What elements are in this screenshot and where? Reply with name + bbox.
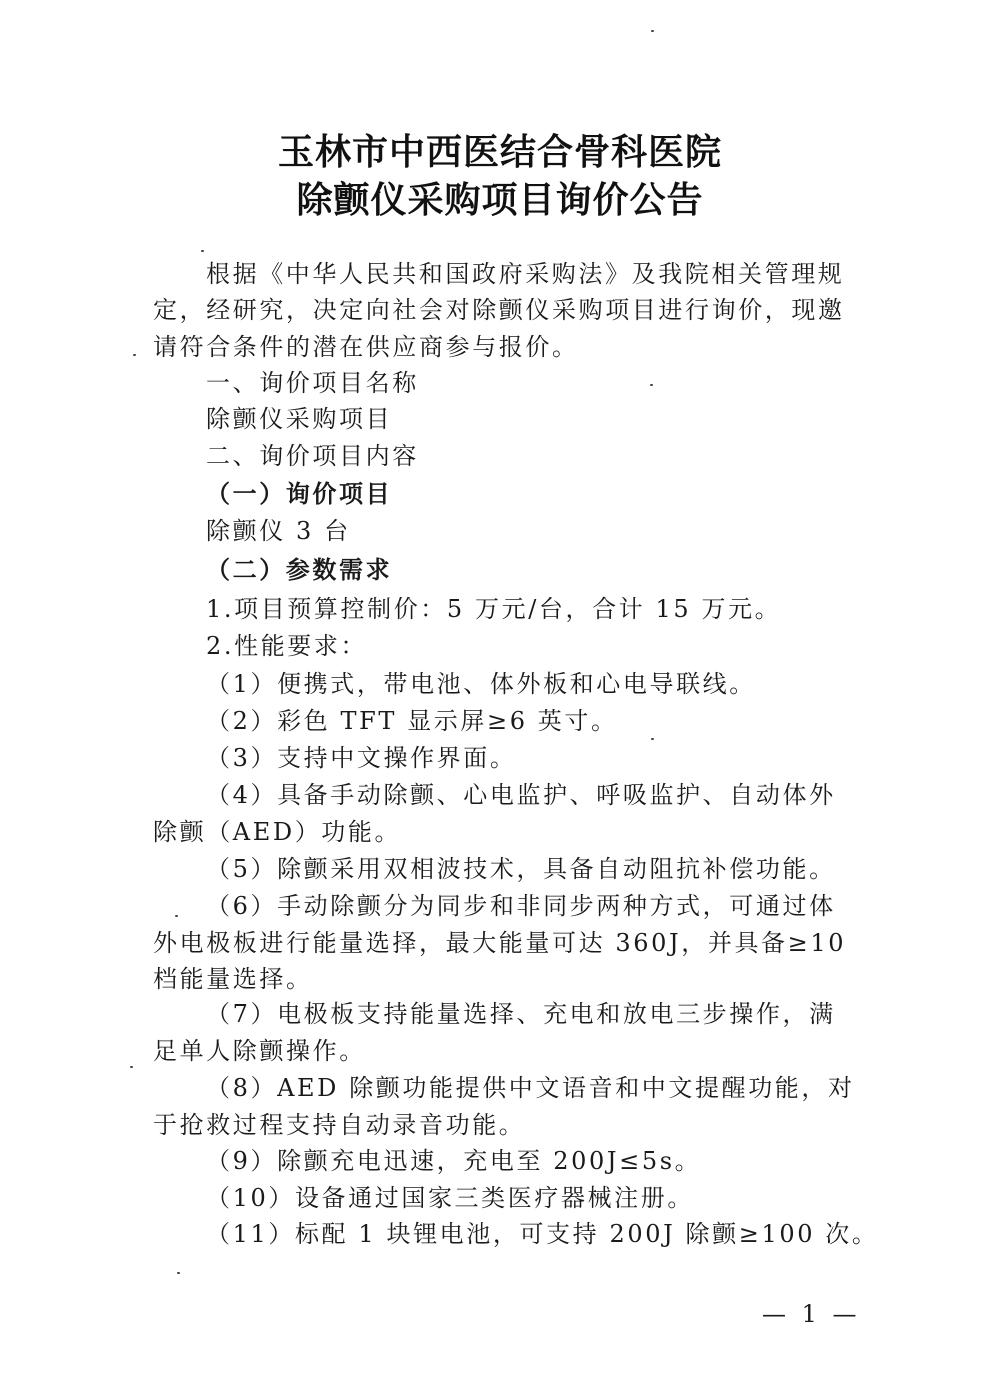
requirement-8-line2: 于抢救过程支持自动录音功能。 [153, 1110, 525, 1140]
section1-heading: 一、询价项目名称 [206, 368, 419, 398]
requirement-5: （5）除颤采用双相波技术，具备自动阻抗补偿功能。 [206, 854, 836, 884]
budget-line: 1.项目预算控制价：5 万元/台，合计 15 万元。 [206, 594, 781, 624]
intro-line-2: 定，经研究，决定向社会对除颤仪采购项目进行询价，现邀 [153, 295, 845, 325]
requirement-3: （3）支持中文操作界面。 [206, 743, 516, 773]
requirement-6-line2: 外电极板进行能量选择，最大能量可达 360J，并具备≥10 [153, 928, 846, 958]
scan-speck [130, 1066, 133, 1068]
sub2-heading: （二）参数需求 [206, 555, 392, 585]
requirement-10: （10）设备通过国家三类医疗器械注册。 [206, 1183, 694, 1213]
requirement-4-line1: （4）具备手动除颤、心电监护、呼吸监护、自动体外 [206, 780, 836, 810]
sub1-body: 除颤仪 3 台 [206, 516, 351, 546]
section2-heading: 二、询价项目内容 [206, 441, 419, 471]
performance-heading: 2.性能要求： [206, 631, 367, 661]
document-title-line2: 除颤仪采购项目询价公告 [0, 172, 1000, 223]
page-number: — 1 — [762, 1300, 861, 1328]
scan-speck [177, 1272, 180, 1274]
requirement-1: （1）便携式，带电池、体外板和心电导联线。 [206, 669, 756, 699]
requirement-2: （2）彩色 TFT 显示屏≥6 英寸。 [206, 706, 618, 736]
requirement-7-line1: （7）电极板支持能量选择、充电和放电三步操作，满 [206, 999, 836, 1029]
requirement-9: （9）除颤充电迅速，充电至 200J≤5s。 [206, 1146, 701, 1176]
scan-speck [175, 915, 178, 917]
requirement-8-line1: （8）AED 除颤功能提供中文语音和中文提醒功能，对 [206, 1073, 855, 1103]
scan-speck [650, 384, 653, 386]
scan-speck [651, 30, 654, 32]
document-title-line1: 玉林市中西医结合骨科医院 [0, 124, 1000, 175]
intro-line-1: 根据《中华人民共和国政府采购法》及我院相关管理规 [206, 259, 844, 289]
requirement-4-line2: 除颤（AED）功能。 [153, 817, 401, 847]
requirement-6-line1: （6）手动除颤分为同步和非同步两种方式，可通过体 [206, 891, 836, 921]
scan-speck [201, 250, 204, 252]
section1-body: 除颤仪采购项目 [206, 404, 392, 434]
requirement-11: （11）标配 1 块锂电池，可支持 200J 除颤≥100 次。 [206, 1219, 879, 1249]
sub1-heading: （一）询价项目 [206, 479, 392, 509]
intro-line-3: 请符合条件的潜在供应商参与报价。 [153, 332, 579, 362]
requirement-6-line3: 档能量选择。 [153, 964, 313, 994]
scan-speck [133, 354, 136, 356]
requirement-7-line2: 足单人除颤操作。 [153, 1036, 366, 1066]
scan-speck [651, 738, 654, 740]
